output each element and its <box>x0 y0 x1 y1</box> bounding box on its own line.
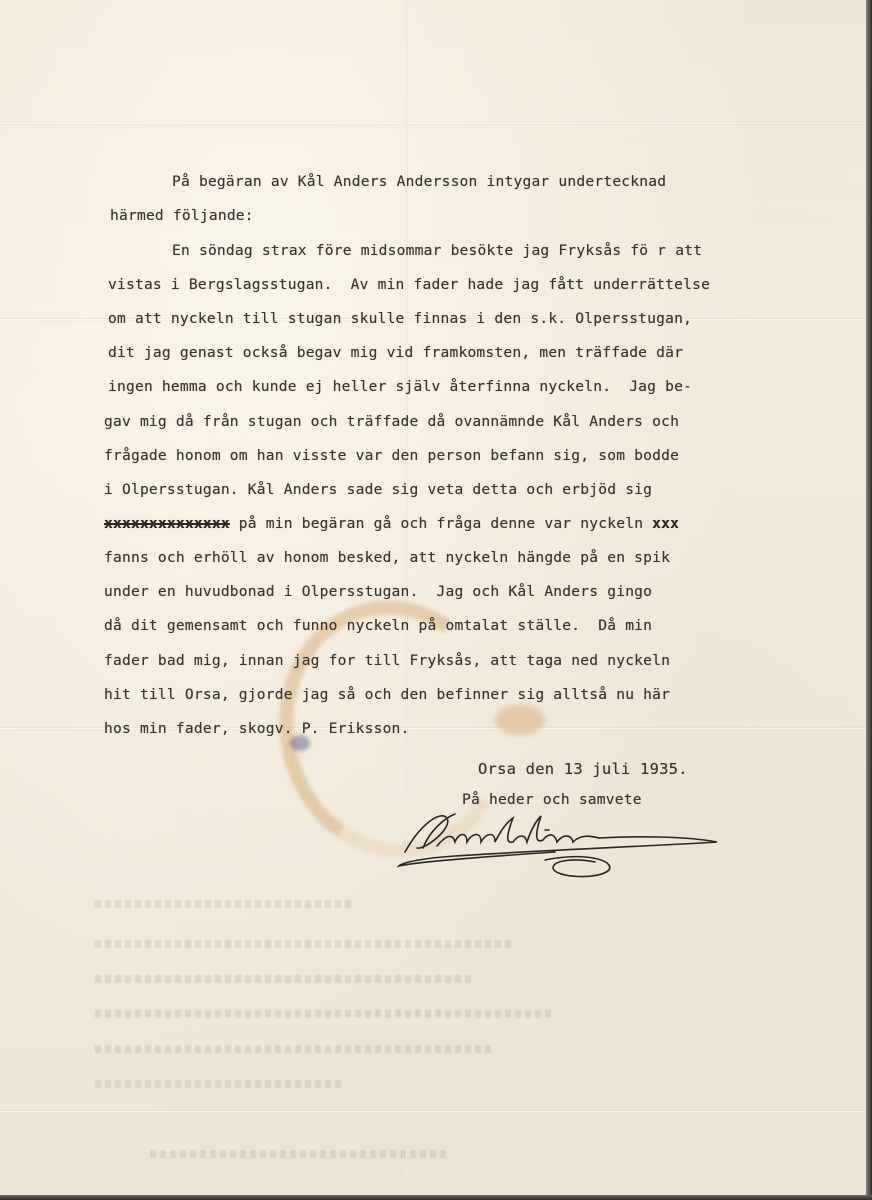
text-line: om att nyckeln till stugan skulle finnas… <box>108 310 692 327</box>
text-line: hit till Orsa, gjorde jag så och den bef… <box>104 686 670 703</box>
fold-line <box>0 125 866 128</box>
stain-spot <box>495 705 545 735</box>
ink-spot <box>290 735 310 751</box>
text-line: På begäran av Kål Anders Andersson intyg… <box>172 173 666 190</box>
text-line: härmed följande: <box>110 207 254 224</box>
scan-border <box>866 0 872 1200</box>
place-date: Orsa den 13 juli 1935. <box>478 760 688 778</box>
document-page: På begäran av Kål Anders Andersson intyg… <box>0 0 866 1195</box>
bleed-through-texture <box>95 1080 345 1088</box>
struck-out-text: xxx <box>652 515 679 532</box>
bleed-through-texture <box>150 1150 450 1158</box>
struck-out-text: xxxxxxxxxxxxxx <box>104 515 230 532</box>
text-line: En söndag strax före midsommar besökte j… <box>172 242 702 259</box>
text-line: i Olpersstugan. Kål Anders sade sig veta… <box>104 481 652 498</box>
text-line: ingen hemma och kunde ej heller själv åt… <box>108 378 692 395</box>
text-line: fader bad mig, innan jag for till Frykså… <box>104 652 670 669</box>
scan-border <box>0 1195 872 1200</box>
bleed-through-texture <box>95 1010 555 1018</box>
bleed-through-texture <box>95 1045 495 1053</box>
bleed-through-texture <box>95 940 515 948</box>
text-line-with-strikeout: xxxxxxxxxxxxxx på min begäran gå och frå… <box>104 515 679 532</box>
bleed-through-texture <box>95 975 475 983</box>
text-line: fanns och erhöll av honom besked, att ny… <box>104 549 670 566</box>
text-line: hos min fader, skogv. P. Eriksson. <box>104 720 410 737</box>
text-line: dit jag genast också begav mig vid framk… <box>108 344 683 361</box>
text-line: då dit gemensamt och funno nyckeln på om… <box>104 617 652 634</box>
text-line: frågade honom om han visste var den pers… <box>104 447 679 464</box>
bleed-through-texture <box>95 900 355 908</box>
text-line: gav mig då från stugan och träffade då o… <box>104 413 679 430</box>
text-line: vistas i Bergslagsstugan. Av min fader h… <box>108 276 710 293</box>
handwritten-signature <box>395 800 725 880</box>
text-line: under en huvudbonad i Olpersstugan. Jag … <box>104 583 652 600</box>
fold-line <box>0 1110 866 1113</box>
